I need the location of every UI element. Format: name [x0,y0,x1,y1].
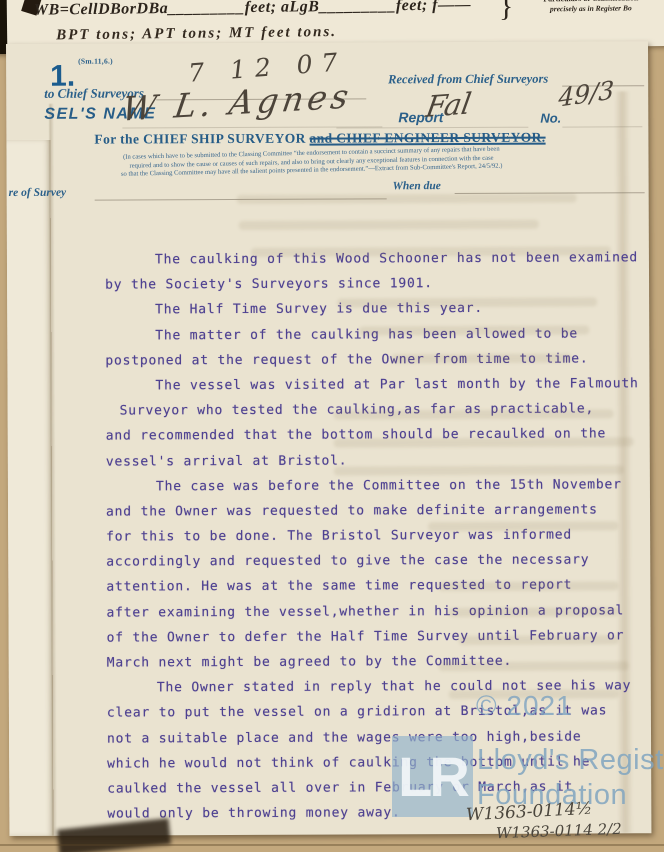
ghost-text-bar [334,437,634,447]
archive-reference-2: W1363-0114 2/2 [496,820,622,842]
ghost-text-bar [239,220,539,230]
top-form-right-block: Particulars of Classification precisely … [516,0,664,15]
report-page: (Sm.11,6.) 1. to Chief Surveyors 7 12 07… [6,41,651,836]
ghost-text-bar [428,521,618,531]
report-number-handwritten: 49/3 [558,75,614,112]
top-form-line2: BPT tons; APT tons; MT feet tons. [56,21,556,44]
when-due-label: When due [393,180,441,192]
document-title: For the CHIEF SHIP SURVEYOR and CHIEF EN… [94,130,534,148]
vessel-name-handwritten: W L. Agnes [119,76,355,128]
nature-of-survey-label: re of Survey [9,187,67,199]
report-rule [336,127,528,129]
typed-line: for this to be done. The Bristol Surveyo… [106,527,634,554]
typed-line: which he would not think of caulking the… [107,754,635,781]
classification-note-line2: precisely as in Register Bo [516,3,664,15]
ghost-text-bar [334,465,624,475]
number-label: No. [540,111,561,126]
scanned-document-viewer: { "top_form": { "line1": "WB=CellDBorDBa… [0,0,664,852]
ghost-text-bar [449,689,619,699]
title-struck-text: and CHIEF ENGINEER SURVEYOR. [310,130,546,146]
typewritten-report-text: The caulking of this Wood Schooner has n… [105,250,636,832]
ghost-text-bar [438,581,618,591]
form-reference-code: (Sm.11,6.) [78,57,113,66]
title-main: For the CHIEF SHIP SURVEYOR [94,131,309,147]
ghost-text-bar [237,194,577,204]
typed-line: clear to put the vessel on a gridiron at… [107,704,635,731]
top-form-line1: WB=CellDBorDBa_________feet; aLgB_______… [34,0,514,20]
left-paper-edge [6,140,53,836]
ghost-text-bar [391,354,571,364]
typed-line: accordingly and requested to give the ca… [106,553,634,580]
ghost-text-bar [439,661,629,671]
ghost-text-bar [251,246,611,257]
received-from-label: Received from Chief Surveyors [388,72,548,88]
ghost-text-bar [459,635,619,645]
ghost-text-bar [448,607,618,617]
ghost-text-bar [359,325,589,335]
ghost-text-bar [337,297,597,307]
typed-line: The vessel was visited at Par last month… [105,376,633,403]
typed-line: The case was before the Committee on the… [106,477,634,504]
committee-instructions: (In cases which have to be submitted to … [46,144,576,181]
report-port-handwritten: Fal [423,86,474,124]
album-page-edge [0,844,664,846]
ghost-text-bar [334,409,614,419]
top-form-brace: } [499,0,514,24]
typed-line: not a suitable place and the wages were … [107,729,635,756]
